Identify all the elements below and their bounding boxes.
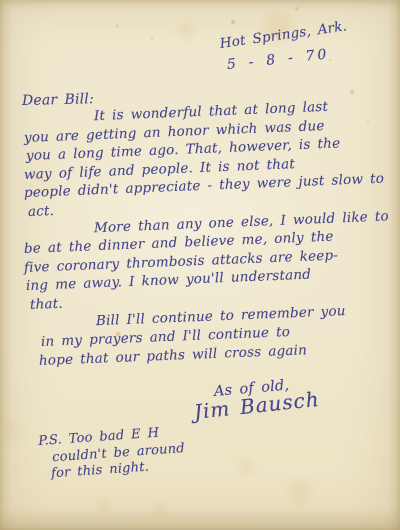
letter-body: It is wonderful that at long last you ar…	[24, 110, 396, 370]
letter-paper: Hot Springs, Ark. 5 - 8 - 70 Dear Bill: …	[0, 0, 400, 530]
letter-date: 5 - 8 - 70	[226, 46, 330, 73]
letter-postscript: P.S. Too bad E H couldn't be around for …	[38, 426, 186, 483]
letter-signature: Jim Bausch	[193, 387, 321, 424]
letter-salutation: Dear Bill:	[22, 91, 94, 109]
